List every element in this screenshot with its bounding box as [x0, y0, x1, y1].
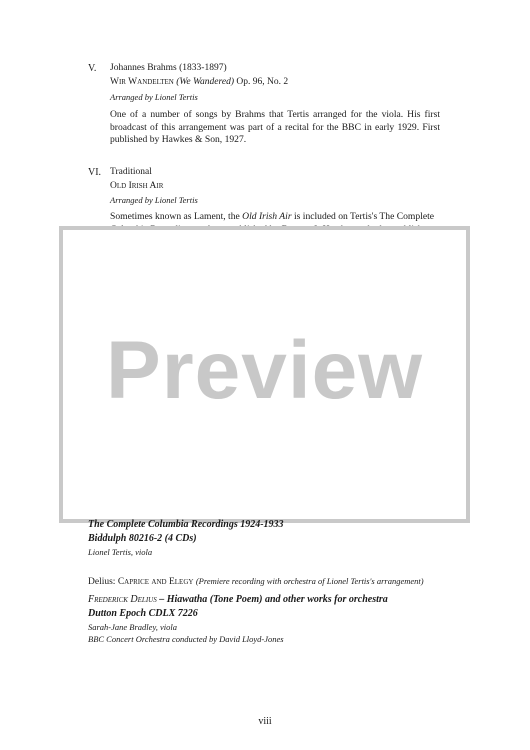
delius-title: Caprice and Elegy [118, 577, 194, 587]
entry-paragraph-text: One of a number of songs by Brahms that … [110, 109, 440, 147]
entry-arranger: Arranged by Lionel Tertis [110, 195, 198, 205]
paragraph-italic: Old Irish Air [242, 211, 291, 222]
recording-title: The Complete Columbia Recordings 1924-19… [88, 519, 284, 530]
delius-performer: Sarah-Jane Bradley, viola [88, 622, 177, 632]
preview-watermark: Preview [63, 330, 466, 412]
entry-title-translation: (We Wandered) [176, 77, 234, 87]
entry-title-name: Old Irish Air [110, 181, 163, 191]
paragraph-prefix: Sometimes known as Lament, the [110, 211, 242, 222]
delius-prefix: Delius: [88, 577, 118, 587]
entry-title-name: Wir Wandelten [110, 77, 174, 87]
preview-overlay: Preview [59, 226, 470, 523]
delius-recording-title: Frederick Delius – Hiawatha (Tone Poem) … [88, 594, 388, 605]
delius-composer: Frederick Delius [88, 594, 157, 605]
delius-performer: BBC Concert Orchestra conducted by David… [88, 634, 284, 644]
entry-title-opus: Op. 96, No. 2 [236, 77, 288, 87]
recording-catalog: Biddulph 80216-2 (4 CDs) [88, 533, 197, 544]
entry-paragraph: One of a number of songs by Brahms that … [110, 109, 440, 147]
entry-composer: Traditional [110, 167, 152, 177]
entry-paragraph: Sometimes known as Lament, the Old Irish… [110, 211, 440, 224]
entry-arranger: Arranged by Lionel Tertis [110, 92, 198, 102]
entry-composer: Johannes Brahms (1833-1897) [110, 63, 227, 73]
entry-title: Wir Wandelten (We Wandered) Op. 96, No. … [110, 77, 288, 87]
page-number: viii [0, 716, 530, 727]
delius-note: (Premiere recording with orchestra of Li… [196, 576, 424, 586]
delius-heading: Delius: Caprice and Elegy (Premiere reco… [88, 576, 424, 587]
delius-album-title: – Hiawatha (Tone Poem) and other works f… [157, 594, 388, 605]
delius-recording-catalog: Dutton Epoch CDLX 7226 [88, 608, 198, 619]
paragraph-suffix: is included on Tertis's The Complete [292, 211, 434, 222]
document-page: V. Johannes Brahms (1833-1897) Wir Wande… [0, 0, 530, 750]
recording-performer: Lionel Tertis, viola [88, 547, 152, 557]
entry-paragraph-text: Sometimes known as Lament, the Old Irish… [110, 211, 440, 224]
entry-numeral: VI. [88, 167, 101, 178]
entry-numeral: V. [88, 63, 96, 74]
